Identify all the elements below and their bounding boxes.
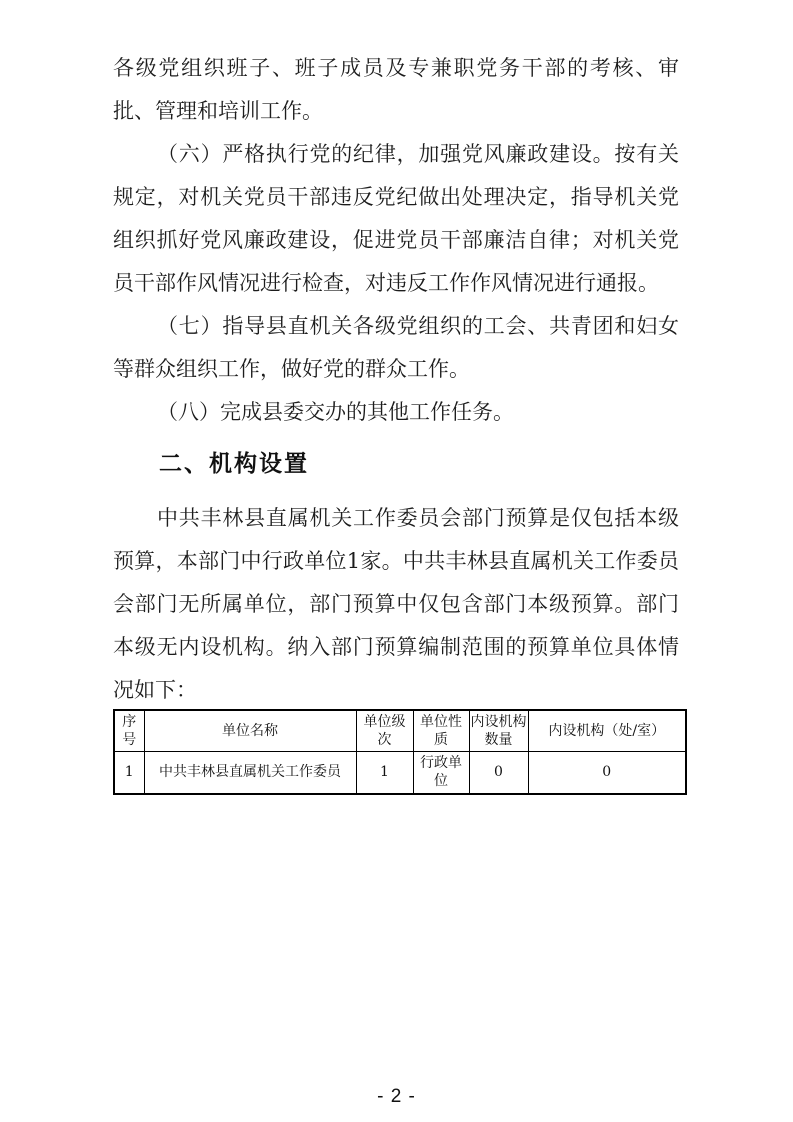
text-line: 员干部作风情况进行检查，对违反工作作风情况进行通报。 <box>113 262 679 305</box>
paragraph: 各级党组织班子、班子成员及专兼职党务干部的考核、审 批、管理和培训工作。 <box>113 47 679 133</box>
text-line: 各级党组织班子、班子成员及专兼职党务干部的考核、审 <box>113 47 679 90</box>
text-line: 会部门无所属单位，部门预算中仅包含部门本级预算。部门 <box>113 583 679 626</box>
paragraph: 中共丰林县直属机关工作委员会部门预算是仅包括本级 预算，本部门中行政单位1家。中… <box>113 497 679 712</box>
table-row: 1 中共丰林县直属机关工作委员 1 行政单位 0 0 <box>114 752 686 794</box>
text-line: 组织抓好党风廉政建设，促进党员干部廉洁自律；对机关党 <box>113 219 679 262</box>
page-number: - 2 - <box>0 1087 793 1107</box>
text-line: 等群众组织工作，做好党的群众工作。 <box>113 348 679 391</box>
text-line: （六）严格执行党的纪律，加强党风廉政建设。按有关 <box>113 133 679 176</box>
table-cell: 1 <box>356 752 413 794</box>
budget-units-table: 序号 单位名称 单位级次 单位性质 内设机构数量 内设机构（处/室） 1 中共丰… <box>113 709 687 795</box>
text-line: 况如下： <box>113 669 679 712</box>
table-cell: 0 <box>528 752 686 794</box>
text-line: （八）完成县委交办的其他工作任务。 <box>113 391 679 434</box>
document-page: 各级党组织班子、班子成员及专兼职党务干部的考核、审 批、管理和培训工作。 （六）… <box>0 0 793 1122</box>
body-text: 各级党组织班子、班子成员及专兼职党务干部的考核、审 批、管理和培训工作。 （六）… <box>113 0 679 795</box>
text-line: 预算，本部门中行政单位1家。中共丰林县直属机关工作委员 <box>113 540 679 583</box>
text-line: 规定，对机关党员干部违反党纪做出处理决定，指导机关党 <box>113 176 679 219</box>
table-cell: 1 <box>114 752 144 794</box>
text-line: 中共丰林县直属机关工作委员会部门预算是仅包括本级 <box>113 497 679 540</box>
table-header-cell: 内设机构数量 <box>469 710 528 752</box>
paragraph: （六）严格执行党的纪律，加强党风廉政建设。按有关 规定，对机关党员干部违反党纪做… <box>113 133 679 305</box>
table-header-cell: 序号 <box>114 710 144 752</box>
table-cell: 行政单位 <box>413 752 469 794</box>
text-line: （七）指导县直机关各级党组织的工会、共青团和妇女 <box>113 305 679 348</box>
table-cell: 0 <box>469 752 528 794</box>
section-heading: 二、机构设置 <box>159 442 679 486</box>
table-header-cell: 单位性质 <box>413 710 469 752</box>
paragraph: （七）指导县直机关各级党组织的工会、共青团和妇女 等群众组织工作，做好党的群众工… <box>113 305 679 391</box>
table-header-row: 序号 单位名称 单位级次 单位性质 内设机构数量 内设机构（处/室） <box>114 710 686 752</box>
text-line: 批、管理和培训工作。 <box>113 90 679 133</box>
table-header-cell: 单位级次 <box>356 710 413 752</box>
table-cell: 中共丰林县直属机关工作委员 <box>144 752 356 794</box>
table-header-cell: 内设机构（处/室） <box>528 710 686 752</box>
paragraph: （八）完成县委交办的其他工作任务。 <box>113 391 679 434</box>
text-line: 本级无内设机构。纳入部门预算编制范围的预算单位具体情 <box>113 626 679 669</box>
table-header-cell: 单位名称 <box>144 710 356 752</box>
